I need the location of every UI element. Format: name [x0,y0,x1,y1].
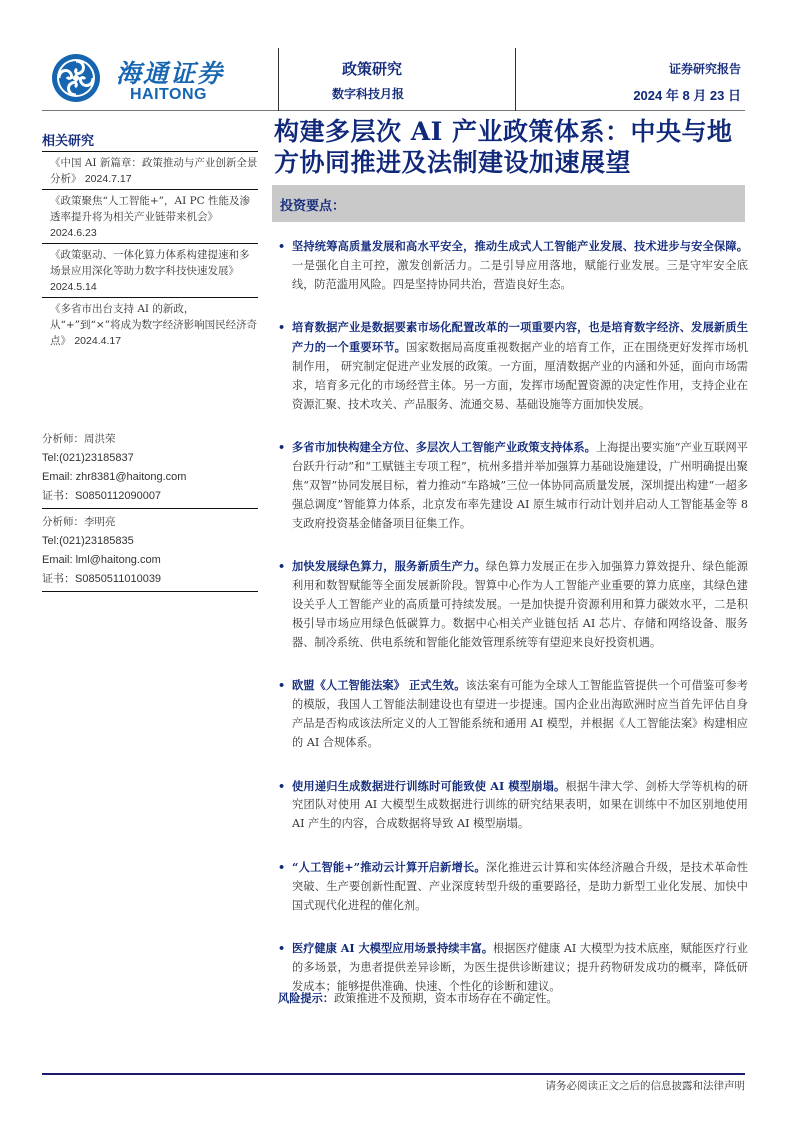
analyst-email[interactable]: Email: lml@haitong.com [42,551,258,570]
point-lead: 使用递归生成数据进行训练时可能致使 AI 模型崩塌。 [292,779,565,793]
point-body: 一是强化自主可控，激发创新活力。二是引导应用落地，赋能行业发展。三是守牢安全底线… [292,259,748,291]
related-date: 2024.7.17 [85,173,132,185]
key-point: 加快发展绿色算力，服务新质生产力。绿色算力发展正在步入加强算力算效提升、绿色能源… [278,557,748,652]
related-title: 《政策聚焦“人工智能+”，AI PC 性能及渗透率提升将为相关产业链带来机会》 [50,195,250,223]
header-divider [515,48,516,111]
analyst-contacts: 分析师：周洪荣 Tel:(021)23185837 Email: zhr8381… [42,430,258,596]
footer-disclaimer: 请务必阅读正文之后的信息披露和法律声明 [546,1078,746,1093]
analyst-card: 分析师：周洪荣 Tel:(021)23185837 Email: zhr8381… [42,430,258,509]
key-point: 欧盟《人工智能法案》 正式生效。该法案有可能为全球人工智能监管提供一个可借鉴可参… [278,676,748,752]
header-divider [278,48,279,111]
point-lead: 多省市加快构建全方位、多层次人工智能产业政策支持体系。 [292,440,596,454]
analyst-tel: Tel:(021)23185837 [42,449,258,468]
risk-text: 政策推进不及预期，资本市场存在不确定性。 [334,992,558,1005]
key-point: 医疗健康 AI 大模型应用场景持续丰富。根据医疗健康 AI 大模型为技术底座，赋… [278,939,748,996]
key-points-header: 投资要点： [272,185,745,222]
key-point: “人工智能+”推动云计算开启新增长。深化推进云计算和实体经济融合升级，是技术革命… [278,858,748,915]
analyst-name: 分析师：周洪荣 [42,430,258,449]
related-date: 2024.4.17 [74,335,121,347]
analyst-cert: 证书：S0850511010039 [42,570,258,589]
analyst-tel: Tel:(021)23185835 [42,532,258,551]
related-date: 2024.5.14 [50,281,97,293]
title-line-2: 方协同推进及法制建设加速展望 [274,147,749,178]
analyst-card: 分析师：李明亮 Tel:(021)23185835 Email: lml@hai… [42,513,258,592]
analyst-email[interactable]: Email: zhr8381@haitong.com [42,468,258,487]
point-lead: 医疗健康 AI 大模型应用场景持续丰富。 [292,941,493,955]
related-research-title: 相关研究 [42,130,258,152]
point-body: 绿色算力发展正在步入加强算力算效提升、绿色能源利用和数智赋能等全面发展新阶段。智… [292,560,748,648]
haitong-logo-icon [50,52,102,104]
related-research-sidebar: 相关研究 《中国 AI 新篇章：政策推动与产业创新全景分析》 2024.7.17… [42,130,258,351]
report-title: 构建多层次 AI 产业政策体系：中央与地 方协同推进及法制建设加速展望 [274,116,749,178]
report-date: 2024 年 8 月 23 日 [633,85,741,104]
key-point: 培育数据产业是数据要素市场化配置改革的一项重要内容，也是培育数字经济、发展新质生… [278,318,748,414]
point-lead: “人工智能+”推动云计算开启新增长。 [292,860,486,874]
report-subcategory: 数字科技月报 [332,85,404,102]
key-point: 坚持统筹高质量发展和高水平安全，推动生成式人工智能产业发展、技术进步与安全保障。… [278,237,748,294]
analyst-cert: 证书：S0850112090007 [42,487,258,506]
risk-label: 风险提示： [278,991,334,1005]
point-lead: 加快发展绿色算力，服务新质生产力。 [292,559,486,573]
logo-english-name: HAITONG [130,86,207,104]
report-type: 证券研究报告 [669,60,741,77]
related-title: 《政策驱动、一体化算力体系构建提速和多场景应用深化等助力数字科技快速发展》 [50,249,250,277]
analyst-name: 分析师：李明亮 [42,513,258,532]
report-category: 政策研究 [342,58,402,79]
title-line-1: 构建多层次 AI 产业政策体系：中央与地 [274,116,749,147]
related-research-item[interactable]: 《政策驱动、一体化算力体系构建提速和多场景应用深化等助力数字科技快速发展》 20… [42,244,258,298]
point-lead: 欧盟《人工智能法案》 正式生效。 [292,678,466,692]
related-title: 《中国 AI 新篇章：政策推动与产业创新全景分析》 [50,157,257,185]
report-header: 海通证券 HAITONG 政策研究 数字科技月报 证券研究报告 2024 年 8… [42,48,745,111]
related-research-item[interactable]: 《中国 AI 新篇章：政策推动与产业创新全景分析》 2024.7.17 [42,152,258,190]
point-lead: 坚持统筹高质量发展和高水平安全，推动生成式人工智能产业发展、技术进步与安全保障。 [292,239,748,253]
footer-divider [42,1073,745,1075]
related-research-item[interactable]: 《多省市出台支持 AI 的新政，从“+”到“×”将成为数字经济影响国民经济奇点》… [42,298,258,351]
key-points-label: 投资要点： [280,195,345,214]
risk-warning: 风险提示：政策推进不及预期，资本市场存在不确定性。 [278,990,748,1006]
logo-chinese-name: 海通证券 [116,54,224,90]
point-body: 上海提出要实施“产业互联网平台跃升行动”和“工赋链主专项工程”，杭州多措并举加强… [292,441,748,529]
key-point: 使用递归生成数据进行训练时可能致使 AI 模型崩塌。根据牛津大学、剑桥大学等机构… [278,777,748,834]
key-point: 多省市加快构建全方位、多层次人工智能产业政策支持体系。上海提出要实施“产业互联网… [278,438,748,533]
related-research-item[interactable]: 《政策聚焦“人工智能+”，AI PC 性能及渗透率提升将为相关产业链带来机会》 … [42,190,258,244]
related-date: 2024.6.23 [50,227,97,239]
key-points-list: 坚持统筹高质量发展和高水平安全，推动生成式人工智能产业发展、技术进步与安全保障。… [278,237,748,997]
